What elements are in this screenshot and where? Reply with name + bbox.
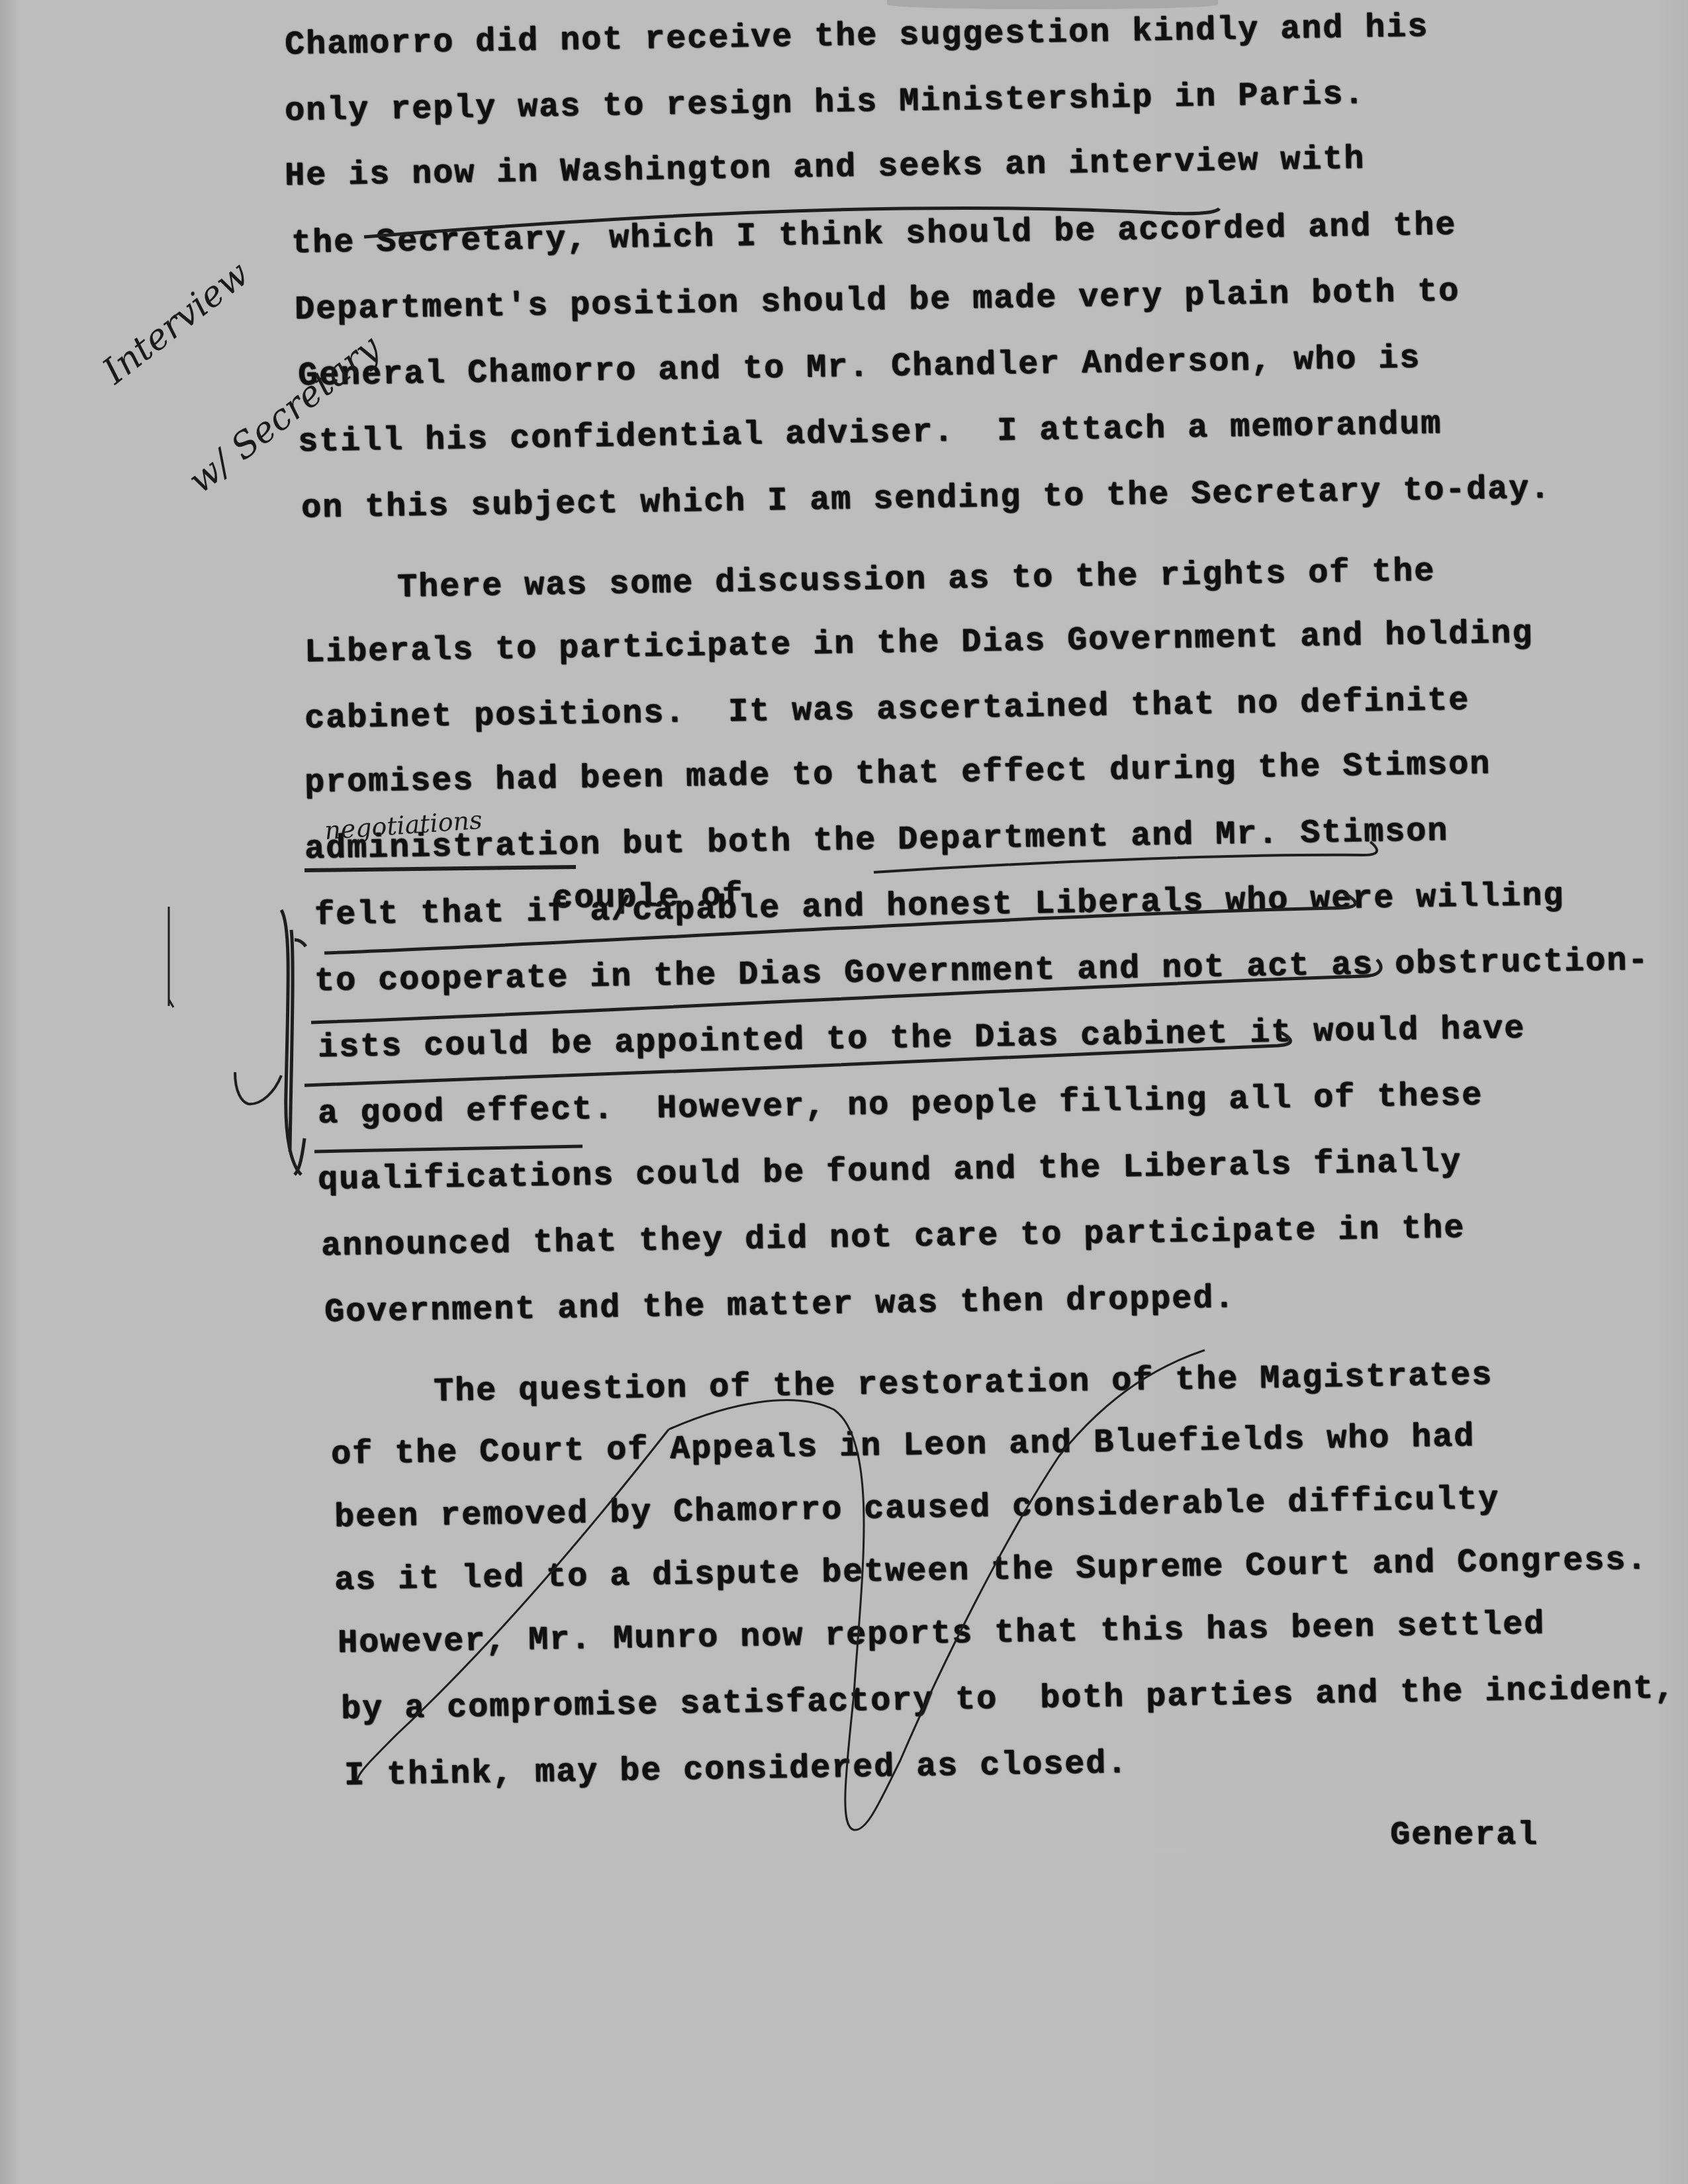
underline-department [874, 842, 1377, 872]
cross-out-stroke [357, 1430, 669, 1780]
check-mark-icon [235, 1072, 281, 1104]
underline-line-ists [305, 1032, 1290, 1085]
underline-interview [364, 208, 1219, 237]
pen-annotations [0, 0, 1688, 2184]
document-page: Chamorro did not receive the suggestion … [0, 0, 1688, 2184]
underline-good-effect [314, 1146, 583, 1152]
strike-administration [305, 867, 576, 870]
underline-line-felt [324, 893, 1356, 953]
cross-out-loop [669, 1350, 1205, 1830]
margin-bracket [281, 910, 306, 1175]
underline-line-cooperate [311, 960, 1381, 1023]
margin-tick [169, 907, 173, 1007]
